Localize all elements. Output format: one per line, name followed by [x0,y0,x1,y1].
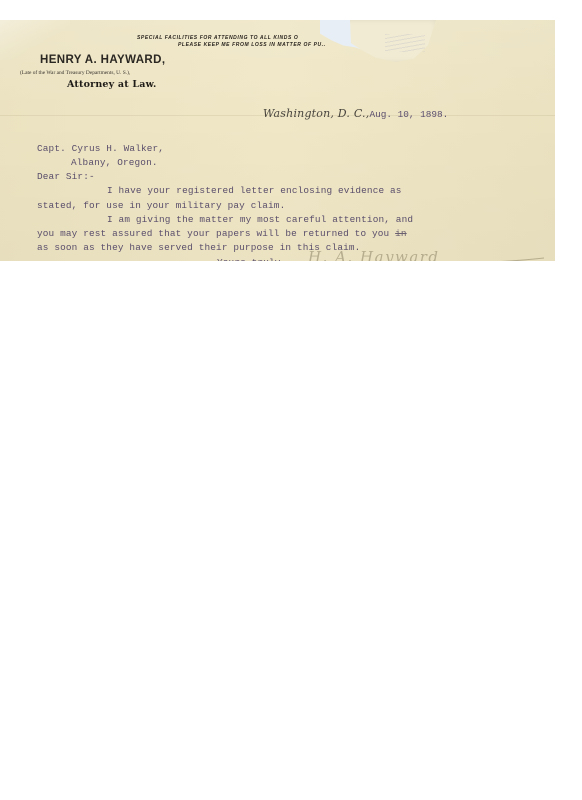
letter-page: SPECIAL FACILITIES FOR ATTENDING TO ALL … [0,20,555,261]
struck-word: in [395,228,407,239]
body-line-2: stated, for use in your military pay cla… [37,200,285,211]
letterhead-title: Attorney at Law. [67,79,157,90]
body-line-4: you may rest assured that your papers wi… [37,228,407,239]
dateline-place: Washington, D. C., [263,107,369,120]
letterhead-tagline-1: SPECIAL FACILITIES FOR ATTENDING TO ALL … [137,35,298,41]
dateline: Washington, D. C.,Aug. 10, 1898. [263,104,448,122]
recipient-line-1: Capt. Cyrus H. Walker, [37,143,164,154]
body-line-3: I am giving the matter my most careful a… [107,214,413,225]
letterhead-name: HENRY A. HAYWARD, [40,54,165,66]
flap-bleedthrough-text [385,34,425,52]
recipient-line-2: Albany, Oregon. [71,157,158,168]
dateline-date: Aug. 10, 1898. [369,109,448,120]
salutation: Dear Sir:- [37,171,95,182]
handwritten-signature: H. A. Hayward [308,248,440,261]
letterhead-affiliation: (Late of the War and Treasury Department… [20,70,130,76]
body-line-4-text: you may rest assured that your papers wi… [37,228,389,239]
letterhead-tagline-2: PLEASE KEEP ME FROM LOSS IN MATTER OF PU… [178,42,326,48]
closing: Yours truly, [217,257,286,261]
body-line-1: I have your registered letter enclosing … [107,185,402,196]
signature-flourish [470,256,545,261]
